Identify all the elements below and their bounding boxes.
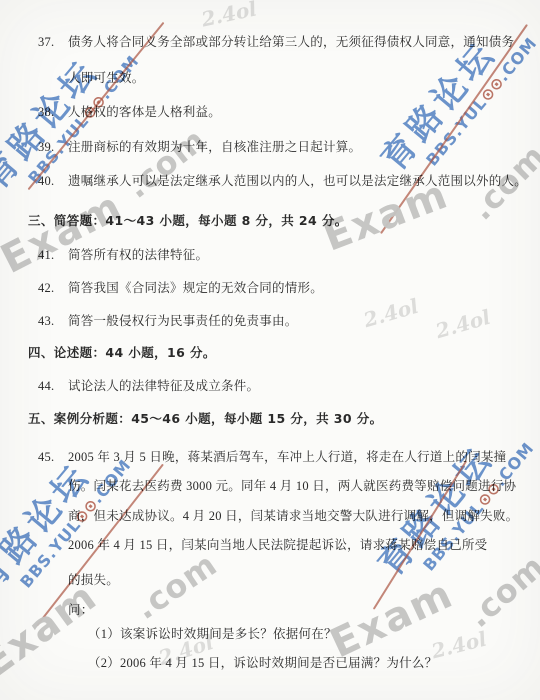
line-text: 四、论述题：44 小题，16 分。 xyxy=(28,345,216,360)
line-text: 人即可生效。 xyxy=(68,71,145,85)
line-text: 注册商标的有效期为十年，自核准注册之日起计算。 xyxy=(68,140,361,154)
document-line: 伤。闫某花去医药费 3000 元。同年 4 月 10 日，两人就医药费等赔偿问题… xyxy=(0,478,540,495)
section-header: 四、论述题：44 小题，16 分。 xyxy=(0,345,540,362)
document-line: 41.简答所有权的法律特征。 xyxy=(0,247,540,264)
line-text: 三、简答题：41～43 小题，每小题 8 分，共 24 分。 xyxy=(28,213,348,228)
line-text: 伤。闫某花去医药费 3000 元。同年 4 月 10 日，两人就医药费等赔偿问题… xyxy=(68,479,516,493)
watermark-site-tile: 育路论坛BBS.YUL⊙⊙.COM xyxy=(373,415,537,596)
line-text: 2006 年 4 月 15 日，闫某向当地人民法院提起诉讼，请求蒋某赔偿自己所受 xyxy=(68,538,487,552)
question-number: 39. xyxy=(38,139,54,155)
line-text: 人格权的客体是人格利益。 xyxy=(68,105,221,119)
question-number: 37. xyxy=(38,34,54,50)
watermark-site-name: 育路论坛 xyxy=(373,415,521,582)
line-text: （1）该案诉讼时效期间是多长？依据何在？ xyxy=(88,627,337,641)
question-number: 41. xyxy=(38,247,54,263)
document-line: 43.简答一般侵权行为民事责任的免责事由。 xyxy=(0,313,540,330)
document-line: 40.遗嘱继承人可以是法定继承人范围以内的人，也可以是法定继承人范围以外的人。 xyxy=(0,173,540,190)
document-line: （2）2006 年 4 月 15 日，诉讼时效期间是否已届满？为什么？ xyxy=(0,655,540,672)
document-line: 问： xyxy=(0,602,540,619)
document-line: （1）该案诉讼时效期间是多长？依据何在？ xyxy=(0,626,540,643)
document-line: 38.人格权的客体是人格利益。 xyxy=(0,104,540,121)
document-line: 的损失。 xyxy=(0,572,540,589)
question-number: 42. xyxy=(38,280,54,296)
document-line: 人即可生效。 xyxy=(0,70,540,87)
question-number: 44. xyxy=(38,378,54,394)
question-number: 45. xyxy=(38,449,54,465)
document-line: 商，但未达成协议。4 月 20 日，闫某请求当地交警大队进行调解，但调解失败。 xyxy=(0,508,540,525)
question-number: 38. xyxy=(38,104,54,120)
line-text: 试论法人的法律特征及成立条件。 xyxy=(68,379,259,393)
watermark-dotcom-text: .com xyxy=(459,547,540,635)
watermark-exam-text: Exam xyxy=(0,183,130,283)
document-line: 44.试论法人的法律特征及成立条件。 xyxy=(0,378,540,395)
line-text: 债务人将合同义务全部或部分转让给第三人的，无须征得债权人同意，通知债务 xyxy=(68,35,514,49)
watermark-dotcom-text: .com xyxy=(119,120,214,206)
line-text: 简答我国《合同法》规定的无效合同的情形。 xyxy=(68,281,323,295)
document-page: 37.债务人将合同义务全部或部分转让给第三人的，无须征得债权人同意，通知债务人即… xyxy=(0,0,540,700)
line-text: 简答一般侵权行为民事责任的免责事由。 xyxy=(68,314,298,328)
line-text: 2005 年 3 月 5 日晚，蒋某酒后驾车，车冲上人行道，将走在人行道上的闫某… xyxy=(68,450,506,464)
section-header: 五、案例分析题：45～46 小题，每小题 15 分，共 30 分。 xyxy=(0,411,540,428)
watermark-faint-mark: 2.4ol xyxy=(199,0,259,32)
section-header: 三、简答题：41～43 小题，每小题 8 分，共 24 分。 xyxy=(0,213,540,230)
watermark-slash xyxy=(380,24,528,234)
line-text: 遗嘱继承人可以是法定继承人范围以内的人，也可以是法定继承人范围以外的人。 xyxy=(68,174,527,188)
line-text: 问： xyxy=(68,603,94,617)
document-line: 2006 年 4 月 15 日，闫某向当地人民法院提起诉讼，请求蒋某赔偿自己所受 xyxy=(0,537,540,554)
document-line: 45.2005 年 3 月 5 日晚，蒋某酒后驾车，车冲上人行道，将走在人行道上… xyxy=(0,449,540,466)
document-line: 37.债务人将合同义务全部或部分转让给第三人的，无须征得债权人同意，通知债务 xyxy=(0,34,540,51)
line-text: （2）2006 年 4 月 15 日，诉讼时效期间是否已届满？为什么？ xyxy=(88,656,437,670)
question-number: 43. xyxy=(38,313,54,329)
document-line: 42.简答我国《合同法》规定的无效合同的情形。 xyxy=(0,280,540,297)
line-text: 的损失。 xyxy=(68,573,119,587)
line-text: 五、案例分析题：45～46 小题，每小题 15 分，共 30 分。 xyxy=(28,411,383,426)
line-text: 商，但未达成协议。4 月 20 日，闫某请求当地交警大队进行调解，但调解失败。 xyxy=(68,509,518,523)
line-text: 简答所有权的法律特征。 xyxy=(68,248,208,262)
document-line: 39.注册商标的有效期为十年，自核准注册之日起计算。 xyxy=(0,139,540,156)
question-number: 40. xyxy=(38,173,54,189)
